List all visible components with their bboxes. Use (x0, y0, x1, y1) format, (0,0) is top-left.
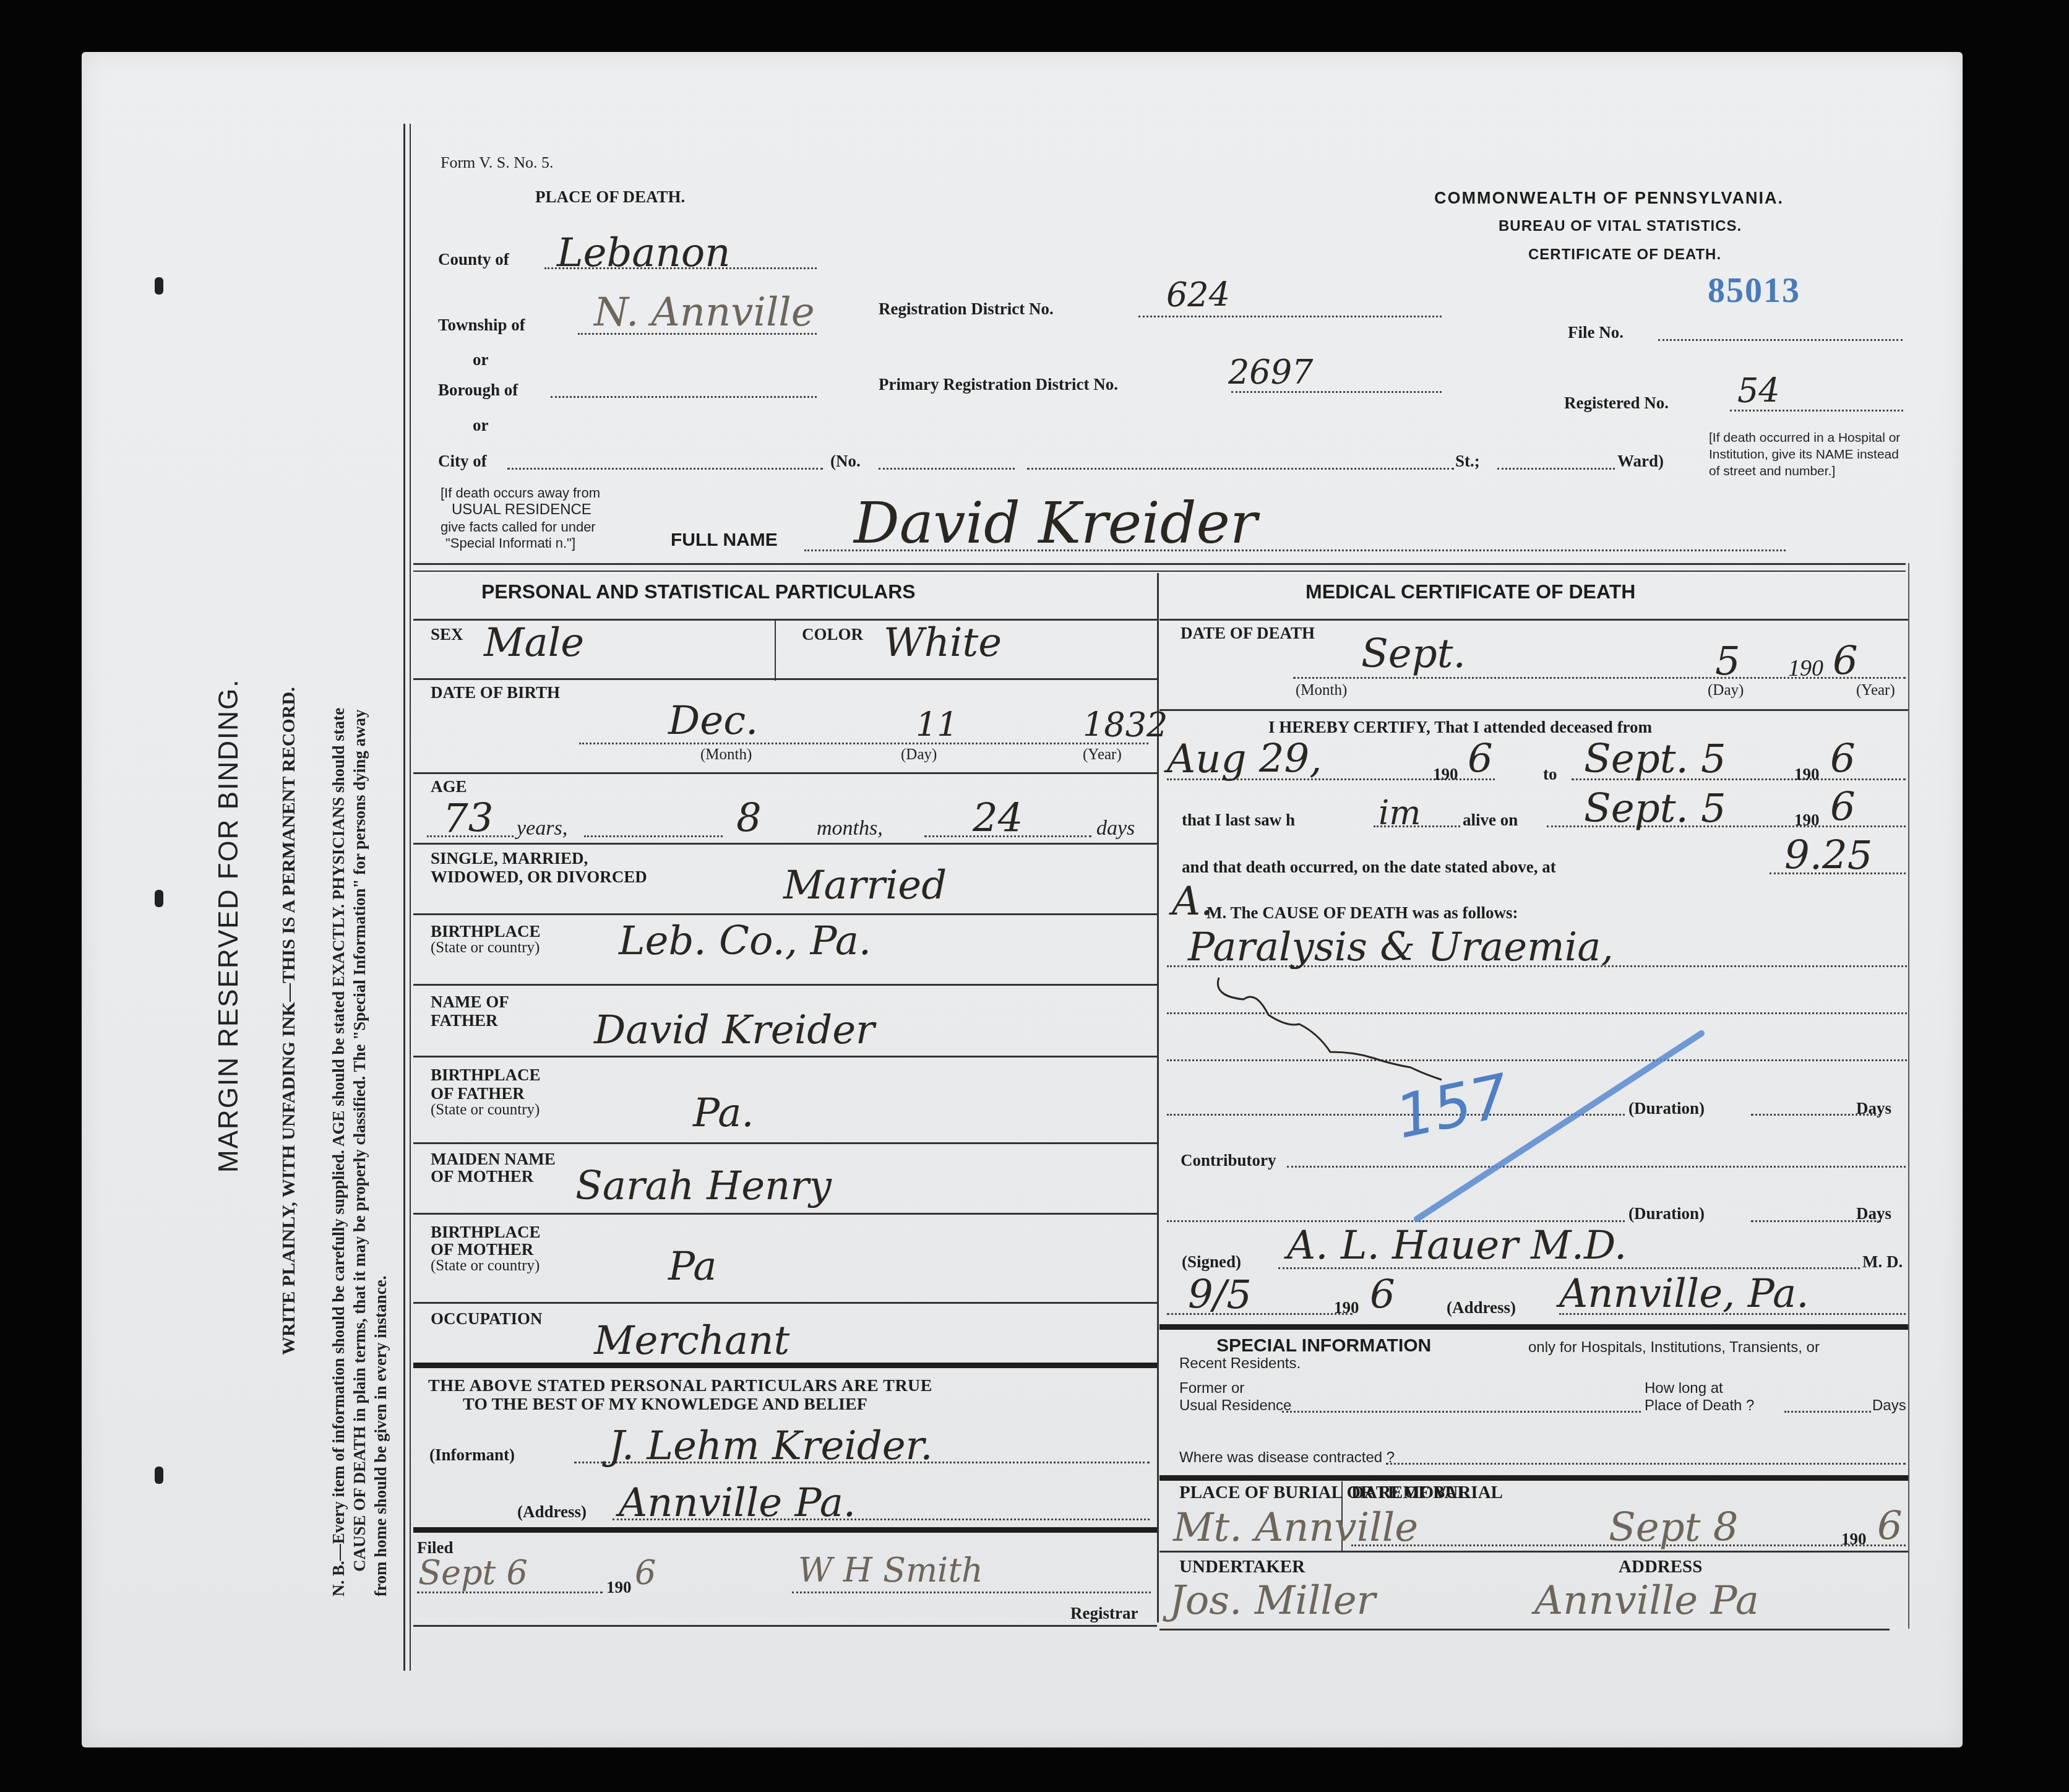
section-divider (413, 1527, 1157, 1533)
attended-from-year-prefix: 190 (1433, 765, 1458, 784)
file-number-stamp: 85013 (1708, 271, 1800, 311)
registration-district-label: Registration District No. (879, 299, 1054, 319)
how-long-label-2: Place of Death ? (1645, 1397, 1754, 1415)
occupation-value: Merchant (594, 1318, 789, 1364)
street-no-label: (No. (830, 452, 861, 471)
usual-residence-note-4: "Special Informati n."] (445, 535, 575, 552)
color-label: COLOR (802, 625, 863, 644)
death-year-caption: (Year) (1856, 682, 1895, 699)
undertaker-value: Jos. Miller (1169, 1578, 1375, 1624)
registered-no-label: Registered No. (1564, 394, 1669, 413)
or-label: or (473, 416, 488, 435)
dob-day-caption: (Day) (901, 746, 937, 764)
former-residence-label-1: Former or (1179, 1380, 1244, 1397)
township-value: N. Annville (594, 290, 815, 335)
date-of-death-label: DATE OF DEATH (1181, 624, 1315, 643)
how-long-label-1: How long at (1645, 1380, 1723, 1397)
row-divider (413, 1625, 1157, 1627)
row-divider (413, 1142, 1157, 1144)
age-months-value: 8 (736, 796, 762, 842)
row-divider (413, 913, 1157, 915)
duration-1-days-label: Days (1856, 1099, 1891, 1118)
medical-heading: MEDICAL CERTIFICATE OF DEATH (1305, 580, 1635, 603)
margin-divider (403, 124, 405, 1671)
age-months-line (584, 835, 723, 837)
attended-to-value: Sept. 5 (1584, 736, 1726, 782)
marital-label-1: SINGLE, MARRIED, (431, 849, 588, 868)
signed-date-value: 9/5 (1188, 1272, 1252, 1318)
age-days-caption: days (1096, 817, 1135, 840)
father-birthplace-label-2: OF FATHER (431, 1084, 525, 1103)
registered-no-value: 54 (1737, 371, 1780, 410)
registrar-line (792, 1592, 1151, 1593)
father-name-value: David Kreider (594, 1007, 875, 1053)
primary-registration-district-value: 2697 (1228, 353, 1313, 392)
registration-district-line (1138, 316, 1442, 317)
signed-year-suffix: 6 (1370, 1272, 1395, 1318)
undertaker-address-value: Annville Pa (1534, 1578, 1759, 1624)
mother-birthplace-label-1: BIRTHPLACE (431, 1223, 541, 1242)
time-value: 9.25 (1784, 833, 1873, 879)
dob-year-caption: (Year) (1083, 746, 1122, 764)
age-label: AGE (431, 777, 467, 796)
margin-nb-line-2: CAUSE OF DEATH in plain terms, that it m… (349, 709, 370, 1572)
margin-instruction: WRITE PLAINLY, WITH UNFADING INK—THIS IS… (278, 687, 299, 1355)
margin-title: MARGIN RESERVED FOR BINDING. (213, 679, 244, 1173)
filed-date-value: Sept 6 (418, 1553, 528, 1592)
usual-residence-note-2: USUAL RESIDENCE (452, 501, 591, 519)
full-name-label: FULL NAME (671, 530, 778, 551)
father-label-2: FATHER (431, 1011, 498, 1030)
dob-year-value: 1832 (1083, 705, 1168, 744)
mother-birthplace-label-2: OF MOTHER (431, 1240, 533, 1259)
header-divider (413, 571, 1906, 572)
registration-district-value: 624 (1166, 275, 1230, 314)
row-divider (413, 1213, 1157, 1215)
duration-2-days-label: Days (1856, 1204, 1891, 1223)
signed-value: A. L. Hauer M.D. (1287, 1223, 1627, 1269)
place-of-death-heading: PLACE OF DEATH. (535, 187, 685, 207)
row-divider (413, 984, 1157, 986)
death-occurred-label: and that death occurred, on the date sta… (1182, 858, 1556, 877)
death-month-value: Sept. (1361, 631, 1466, 677)
mother-birthplace-caption: (State or country) (431, 1257, 540, 1275)
dob-line (579, 743, 1148, 744)
dob-month-caption: (Month) (700, 746, 752, 764)
physician-address-value: Annville, Pa. (1559, 1271, 1809, 1317)
age-years-caption: years, (517, 817, 567, 840)
age-months-caption: months, (817, 817, 883, 840)
county-value: Lebanon (557, 230, 730, 276)
occupation-label: OCCUPATION (431, 1309, 543, 1329)
form-right-border (1908, 563, 1909, 1629)
county-label: County of (438, 250, 509, 269)
pronoun-value: im (1379, 793, 1421, 832)
full-name-value: David Kreider (854, 490, 1257, 556)
row-divider (413, 1302, 1157, 1304)
father-birthplace-value: Pa. (693, 1090, 754, 1136)
last-seen-year-suffix: 6 (1830, 785, 1856, 830)
birthplace-caption: (State or country) (431, 939, 540, 957)
ward-line (1497, 468, 1615, 470)
header-certificate: CERTIFICATE OF DEATH. (1528, 246, 1721, 264)
color-value: White (884, 620, 1002, 666)
death-day-caption: (Day) (1708, 682, 1744, 699)
row-divider (413, 1056, 1157, 1058)
sex-color-divider (775, 619, 776, 681)
usual-residence-note-3: give facts called for under (441, 519, 596, 536)
death-year-prefix: 190 (1788, 655, 1823, 682)
st-label: St.; (1455, 452, 1480, 471)
last-seen-value: Sept. 5 (1584, 786, 1726, 832)
special-info-heading-rest-2: Recent Residents. (1179, 1355, 1301, 1372)
file-no-label: File No. (1568, 323, 1624, 342)
to-label: to (1543, 765, 1557, 784)
margin-nb-line-3: from home should be given in every insta… (370, 1276, 391, 1597)
informant-value: J. Lehm Kreider. (609, 1423, 933, 1469)
burial-year-prefix: 190 (1841, 1530, 1867, 1549)
attended-to-year-suffix: 6 (1830, 736, 1856, 782)
row-divider (1159, 709, 1908, 711)
where-contracted-line (1386, 1463, 1906, 1465)
header-commonwealth: COMMONWEALTH OF PENNSYLVANIA. (1434, 189, 1784, 208)
burial-year-suffix: 6 (1877, 1504, 1903, 1549)
registrar-label: Registrar (1070, 1604, 1138, 1623)
street-line (1027, 468, 1454, 470)
punch-hole (155, 1467, 163, 1484)
former-residence-label-2: Usual Residence (1179, 1397, 1291, 1415)
margin-nb-line-1: N. B.—Every item of information should b… (328, 708, 349, 1596)
header-divider (413, 563, 1906, 565)
filed-year-prefix: 190 (606, 1578, 632, 1597)
personal-heading: PERSONAL AND STATISTICAL PARTICULARS (481, 580, 916, 603)
attended-from-value: Aug 29, (1167, 736, 1322, 782)
city-label: City of (438, 452, 487, 471)
ward-label: Ward) (1617, 452, 1664, 471)
father-birthplace-caption: (State or country) (431, 1101, 540, 1119)
informant-address-value: Annville Pa. (619, 1480, 856, 1526)
borough-label: Borough of (438, 381, 518, 400)
row-divider (413, 678, 1157, 680)
punch-hole (155, 277, 163, 295)
birthplace-label: BIRTHPLACE (431, 922, 541, 941)
mother-maiden-label-1: MAIDEN NAME (431, 1150, 556, 1169)
city-line (507, 468, 823, 470)
sex-value: Male (484, 620, 584, 666)
burial-date-label: DATE OF BURIAL (1351, 1483, 1503, 1503)
special-info-heading-rest: only for Hospitals, Institutions, Transi… (1528, 1339, 1820, 1356)
where-contracted-label: Where was disease contracted ? (1179, 1449, 1395, 1467)
file-no-line (1658, 339, 1903, 341)
undertaker-address-label: ADDRESS (1619, 1557, 1702, 1577)
crayon-slash-icon (1411, 1027, 1708, 1225)
attest-line-1: THE ABOVE STATED PERSONAL PARTICULARS AR… (428, 1376, 932, 1396)
dob-label: DATE OF BIRTH (431, 683, 560, 702)
former-residence-line (1282, 1411, 1641, 1413)
burial-date-value: Sept 8 (1609, 1505, 1738, 1551)
last-seen-year-prefix: 190 (1794, 811, 1820, 830)
md-label: M. D. (1862, 1252, 1903, 1272)
marital-label-2: WIDOWED, OR DIVORCED (431, 868, 647, 887)
attest-line-2: TO THE BEST OF MY KNOWLEDGE AND BELIEF (463, 1395, 867, 1415)
last-saw-label: that I last saw h (1182, 811, 1295, 830)
death-month-caption: (Month) (1296, 682, 1347, 699)
death-year-suffix: 6 (1833, 639, 1858, 684)
age-years-value: 73 (443, 796, 493, 842)
burial-place-value: Mt. Annville (1173, 1505, 1418, 1551)
margin-divider (410, 124, 411, 1671)
cause-value: Paralysis & Uraemia, (1188, 924, 1614, 970)
special-info-heading: SPECIAL INFORMATION (1216, 1335, 1431, 1356)
cause-intro-label: M. The CAUSE OF DEATH was as follows: (1207, 903, 1518, 923)
father-birthplace-label-1: BIRTHPLACE (431, 1066, 541, 1085)
township-label: Township of (438, 316, 525, 335)
dob-day-value: 11 (916, 705, 958, 744)
punch-hole (155, 890, 163, 907)
signed-label: (Signed) (1182, 1252, 1241, 1272)
dob-month-value: Dec. (668, 698, 758, 744)
street-no-line (879, 468, 1015, 470)
contributory-label: Contributory (1181, 1151, 1276, 1170)
signed-year-prefix: 190 (1334, 1298, 1359, 1317)
section-divider (1159, 1324, 1908, 1330)
row-divider (413, 843, 1157, 845)
filed-year-suffix: 6 (635, 1553, 656, 1592)
section-divider (1159, 1475, 1908, 1481)
mother-maiden-value: Sarah Henry (575, 1163, 832, 1209)
attended-from-year-suffix: 6 (1468, 736, 1493, 782)
informant-label: (Informant) (429, 1445, 515, 1465)
registrar-signature: W H Smith (798, 1551, 983, 1590)
mother-maiden-label-2: OF MOTHER (431, 1167, 533, 1186)
how-long-days-label: Days (1872, 1397, 1906, 1415)
primary-registration-district-label: Primary Registration District No. (879, 375, 1118, 394)
mother-birthplace-value: Pa (668, 1244, 716, 1290)
how-long-line (1784, 1411, 1871, 1413)
undertaker-label: UNDERTAKER (1179, 1557, 1305, 1577)
or-label: or (473, 350, 488, 369)
certify-text: I HEREBY CERTIFY, That I attended deceas… (1268, 718, 1652, 737)
row-divider (1159, 1551, 1908, 1553)
row-divider (413, 772, 1157, 774)
birthplace-value: Leb. Co., Pa. (619, 918, 871, 964)
death-day-value: 5 (1715, 639, 1740, 684)
row-divider (1159, 619, 1908, 621)
father-label-1: NAME OF (431, 993, 509, 1012)
header-bureau: BUREAU OF VITAL STATISTICS. (1499, 218, 1742, 235)
form-number: Form V. S. No. 5. (441, 153, 554, 172)
section-divider (413, 1363, 1157, 1368)
age-days-value: 24 (973, 796, 1023, 842)
row-divider (1159, 1629, 1890, 1630)
hospital-note: [If death occurred in a Hospital or Inst… (1709, 429, 1907, 480)
physician-address-label: (Address) (1447, 1298, 1516, 1317)
marital-value: Married (783, 863, 947, 908)
borough-line (551, 396, 817, 398)
attended-to-year-prefix: 190 (1794, 765, 1820, 784)
sex-label: SEX (431, 625, 463, 644)
informant-address-label: (Address) (517, 1502, 587, 1522)
usual-residence-note-1: [If death occurs away from (441, 485, 600, 502)
alive-on-label: alive on (1463, 811, 1518, 830)
